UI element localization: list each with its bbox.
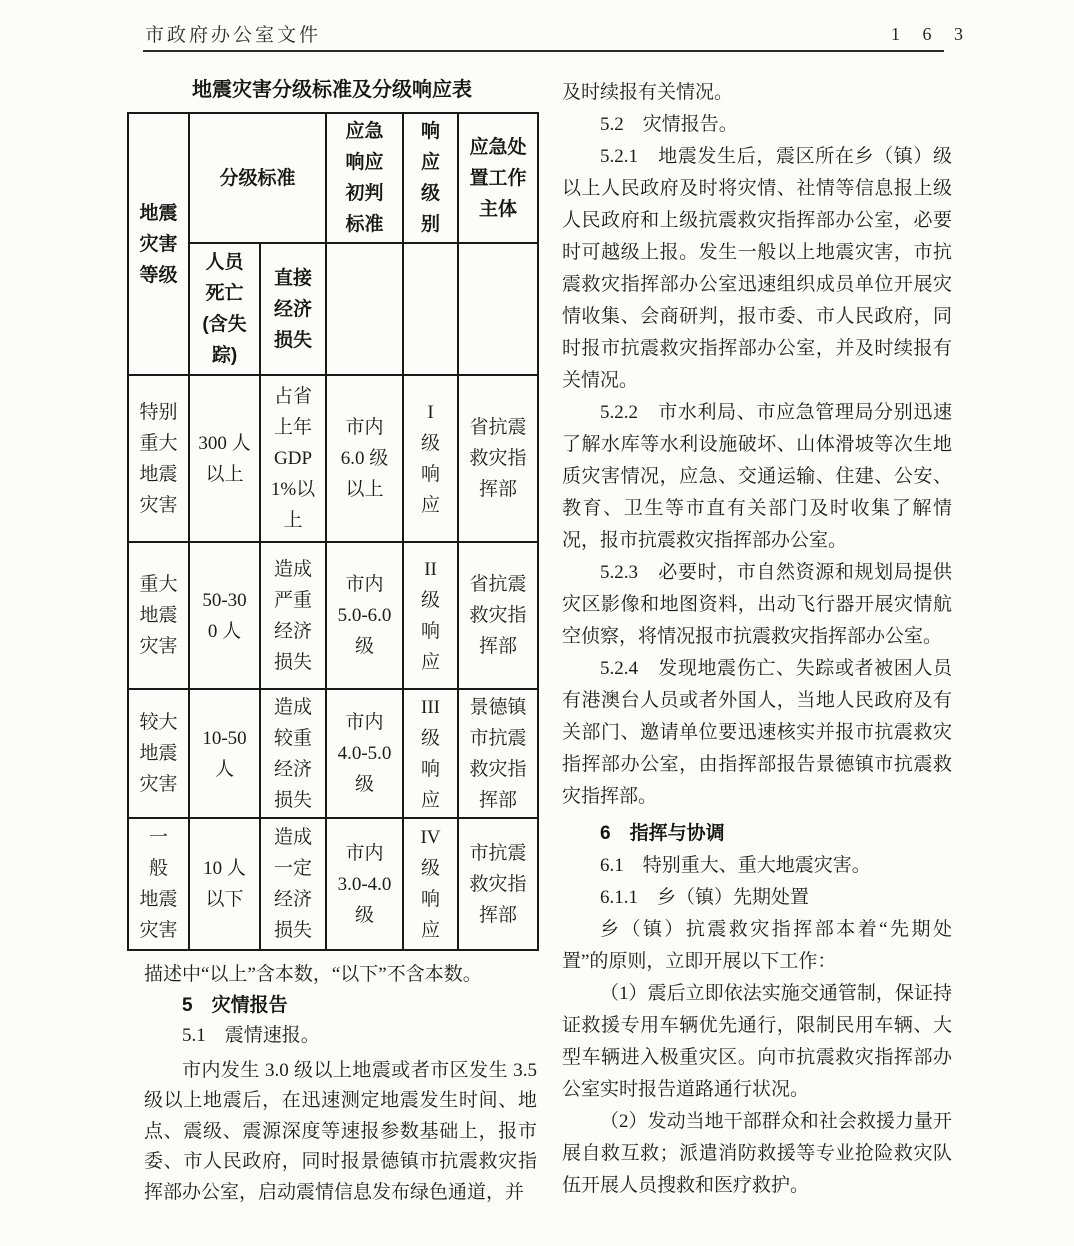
header-doc-label: 市政府办公室文件	[145, 20, 321, 47]
table-cell: 一 般 地震 灾害	[128, 818, 189, 950]
th-emergency-work-body: 应急处 置工作 主体	[458, 113, 538, 243]
table-cell: 景德镇 市抗震 救灾指 挥部	[458, 689, 538, 818]
section-heading: 6 指挥与协调	[562, 818, 952, 850]
table-cell: 造成 严重 经济 损失	[260, 542, 326, 689]
left-column: 地震灾害分级标准及分级响应表 地震 灾害 等级分级标准应急 响应 初判 标准响 …	[127, 77, 537, 1208]
document-page: 市政府办公室文件 1 6 3 地震灾害分级标准及分级响应表 地震 灾害 等级分级…	[0, 0, 1074, 1246]
paragraph: 5.2.3 必要时，市自然资源和规划局提供灾区影像和地图资料，出动飞行器开展灾情…	[562, 557, 952, 653]
table-cell: 占省 上年 GDP 1%以 上	[260, 375, 326, 542]
section-heading: 5 灾情报告	[144, 991, 537, 1022]
empty-cell	[326, 243, 403, 375]
paragraph: 6.1 特别重大、重大地震灾害。	[562, 850, 952, 882]
table-row: 特别 重大 地震 灾害300 人 以上占省 上年 GDP 1%以 上市内 6.0…	[128, 375, 538, 542]
table-header-row-1: 地震 灾害 等级分级标准应急 响应 初判 标准响 应 级 别应急处 置工作 主体	[128, 113, 538, 243]
th-economic-loss: 直接 经济 损失	[260, 243, 326, 375]
paragraph: 描述中“以上”含本数，“以下”不含本数。	[144, 960, 537, 991]
table-cell: III 级 响 应	[403, 689, 458, 818]
table-cell: 市抗震 救灾指 挥部	[458, 818, 538, 950]
table-cell: II 级 响 应	[403, 542, 458, 689]
header-rule	[143, 50, 944, 52]
paragraph: 5.1 震情速报。	[144, 1021, 537, 1052]
table-row: 一 般 地震 灾害10 人 以下造成 一定 经济 损失市内 3.0-4.0 级I…	[128, 818, 538, 950]
left-text-block: 描述中“以上”含本数，“以下”不含本数。5 灾情报告5.1 震情速报。市内发生 …	[144, 960, 537, 1208]
table-cell: 市内 6.0 级 以上	[326, 375, 403, 542]
table-cell: 重大 地震 灾害	[128, 542, 189, 689]
paragraph: 乡（镇）抗震救灾指挥部本着“先期处置”的原则，立即开展以下工作：	[562, 914, 952, 978]
paragraph: （1）震后立即依法实施交通管制，保证持证救援专用车辆优先通行，限制民用车辆、大型…	[562, 978, 952, 1106]
table-row: 重大 地震 灾害50-30 0 人造成 严重 经济 损失市内 5.0-6.0 级…	[128, 542, 538, 689]
empty-cell	[403, 243, 458, 375]
paragraph: 5.2.4 发现地震伤亡、失踪或者被困人员有港澳台人员或者外国人，当地人民政府及…	[562, 653, 952, 813]
table-cell: IV 级 响 应	[403, 818, 458, 950]
th-grading-standard: 分级标准	[189, 113, 326, 243]
th-disaster-grade: 地震 灾害 等级	[128, 113, 189, 375]
paragraph: 5.2.2 市水利局、市应急管理局分别迅速了解水库等水利设施破坏、山体滑坡等次生…	[562, 397, 952, 557]
th-initial-judgment-standard: 应急 响应 初判 标准	[326, 113, 403, 243]
page-number: 1 6 3	[891, 24, 972, 45]
table-cell: 10 人 以下	[189, 818, 260, 950]
paragraph: 5.2 灾情报告。	[562, 109, 952, 141]
table-cell: 省抗震 救灾指 挥部	[458, 542, 538, 689]
th-deaths: 人员 死亡 (含失 踪)	[189, 243, 260, 375]
empty-cell	[458, 243, 538, 375]
paragraph: 市内发生 3.0 级以上地震或者市区发生 3.5 级以上地震后，在迅速测定地震发…	[144, 1056, 537, 1209]
paragraph: 5.2.1 地震发生后，震区所在乡（镇）级以上人民政府及时将灾情、社情等信息报上…	[562, 141, 952, 397]
table-cell: 较大 地震 灾害	[128, 689, 189, 818]
table-cell: 造成 一定 经济 损失	[260, 818, 326, 950]
paragraph: （2）发动当地干部群众和社会救援力量开展自救互救；派遣消防救援等专业抢险救灾队伍…	[562, 1106, 952, 1202]
table-row: 较大 地震 灾害10-50 人造成 较重 经济 损失市内 4.0-5.0 级II…	[128, 689, 538, 818]
table-title: 地震灾害分级标准及分级响应表	[127, 77, 537, 103]
table-cell: 10-50 人	[189, 689, 260, 818]
table-cell: I 级 响 应	[403, 375, 458, 542]
table-cell: 省抗震 救灾指 挥部	[458, 375, 538, 542]
table-header-row-2: 人员 死亡 (含失 踪)直接 经济 损失	[128, 243, 538, 375]
paragraph: 6.1.1 乡（镇）先期处置	[562, 882, 952, 914]
earthquake-grade-table: 地震 灾害 等级分级标准应急 响应 初判 标准响 应 级 别应急处 置工作 主体…	[127, 112, 539, 951]
table-cell: 50-30 0 人	[189, 542, 260, 689]
table-cell: 特别 重大 地震 灾害	[128, 375, 189, 542]
table-cell: 300 人 以上	[189, 375, 260, 542]
th-response-level: 响 应 级 别	[403, 113, 458, 243]
table-cell: 市内 5.0-6.0 级	[326, 542, 403, 689]
right-column: 及时续报有关情况。5.2 灾情报告。5.2.1 地震发生后，震区所在乡（镇）级以…	[562, 77, 952, 1202]
table-cell: 造成 较重 经济 损失	[260, 689, 326, 818]
table-cell: 市内 3.0-4.0 级	[326, 818, 403, 950]
paragraph: 及时续报有关情况。	[562, 77, 952, 109]
table-cell: 市内 4.0-5.0 级	[326, 689, 403, 818]
